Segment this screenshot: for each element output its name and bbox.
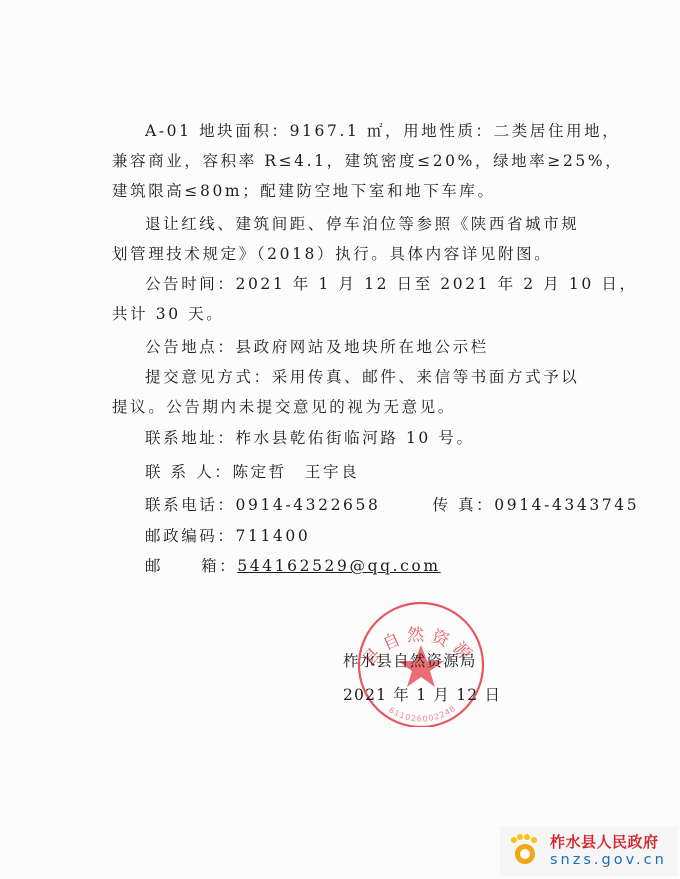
issue-date: 2021 年 1 月 12 日 (343, 678, 501, 712)
signature-block: 柞水县自然资源局 2021 年 1 月 12 日 (343, 644, 501, 712)
postcode-value: 711400 (236, 521, 311, 552)
site-watermark: 柞水县人民政府 snzs.gov.cn (500, 826, 678, 876)
fax-label: 传 真： (432, 490, 494, 521)
paragraph-notice-period: 公告时间：2021 年 1 月 12 日至 2021 年 2 月 10 日， 共… (112, 269, 580, 329)
email-link[interactable]: 544162529@qq.com (237, 551, 440, 582)
text-line: 共计 30 天。 (112, 299, 580, 329)
paragraph-setback-rules: 退让红线、建筑间距、停车泊位等参照《陕西省城市规 划管理技术规定》（2018）执… (112, 209, 580, 269)
paragraph-feedback-method: 提交意见方式：采用传真、邮件、来信等书面方式予以 提议。公告期内未提交意见的视为… (112, 362, 580, 422)
text-line: 建筑限高≤80m；配建防空地下室和地下车库。 (112, 176, 580, 206)
address-value: 柞水县乾佑街临河路 10 号。 (236, 423, 475, 454)
text-line: 公告时间：2021 年 1 月 12 日至 2021 年 2 月 10 日， (112, 269, 580, 299)
notice-body: A-01 地块面积：9167.1 ㎡，用地性质：二类居住用地， 兼容商业，容积率… (112, 116, 580, 422)
contact-phone-row: 联系电话：0914-4322658传 真：0914-4343745 (145, 490, 639, 521)
email-label-left: 邮 (145, 551, 163, 582)
watermark-url[interactable]: snzs.gov.cn (550, 852, 667, 868)
document-page: A-01 地块面积：9167.1 ㎡，用地性质：二类居住用地， 兼容商业，容积率… (0, 0, 680, 879)
contact-person-row: 联 系 人：陈定哲 王宇良 (145, 457, 639, 488)
paragraph-land-parameters: A-01 地块面积：9167.1 ㎡，用地性质：二类居住用地， 兼容商业，容积率… (112, 116, 580, 206)
phone-value: 0914-4322658 (236, 490, 381, 521)
contact-email-row: 邮箱：544162529@qq.com (145, 551, 639, 582)
text-line: 提交意见方式：采用传真、邮件、来信等书面方式予以 (112, 362, 580, 392)
paw-logo-icon (510, 834, 540, 866)
person-value: 陈定哲 王宇良 (232, 457, 359, 488)
fax-value: 0914-4343745 (494, 490, 639, 521)
issuing-organization: 柞水县自然资源局 (343, 644, 501, 678)
person-label: 联 系 人： (145, 457, 232, 488)
contact-info: 联系地址：柞水县乾佑街临河路 10 号。 联 系 人：陈定哲 王宇良 联系电话：… (145, 423, 639, 582)
paragraph-notice-location: 公告地点：县政府网站及地块所在地公示栏 (112, 332, 580, 362)
contact-postcode-row: 邮政编码：711400 (145, 521, 639, 552)
text-line: 退让红线、建筑间距、停车泊位等参照《陕西省城市规 (112, 209, 580, 239)
watermark-title: 柞水县人民政府 (550, 831, 659, 852)
text-line: 提议。公告期内未提交意见的视为无意见。 (112, 392, 580, 422)
text-line: 公告地点：县政府网站及地块所在地公示栏 (112, 332, 580, 362)
text-line: 兼容商业，容积率 R≤4.1，建筑密度≤20%，绿地率≥25%， (112, 146, 580, 176)
phone-label: 联系电话： (145, 490, 236, 521)
address-label: 联系地址： (145, 423, 236, 454)
text-line: 划管理技术规定》（2018）执行。具体内容详见附图。 (112, 239, 580, 269)
contact-address-row: 联系地址：柞水县乾佑街临河路 10 号。 (145, 423, 639, 454)
email-label-right: 箱： (201, 551, 237, 582)
text-line: A-01 地块面积：9167.1 ㎡，用地性质：二类居住用地， (112, 116, 580, 146)
postcode-label: 邮政编码： (145, 521, 236, 552)
